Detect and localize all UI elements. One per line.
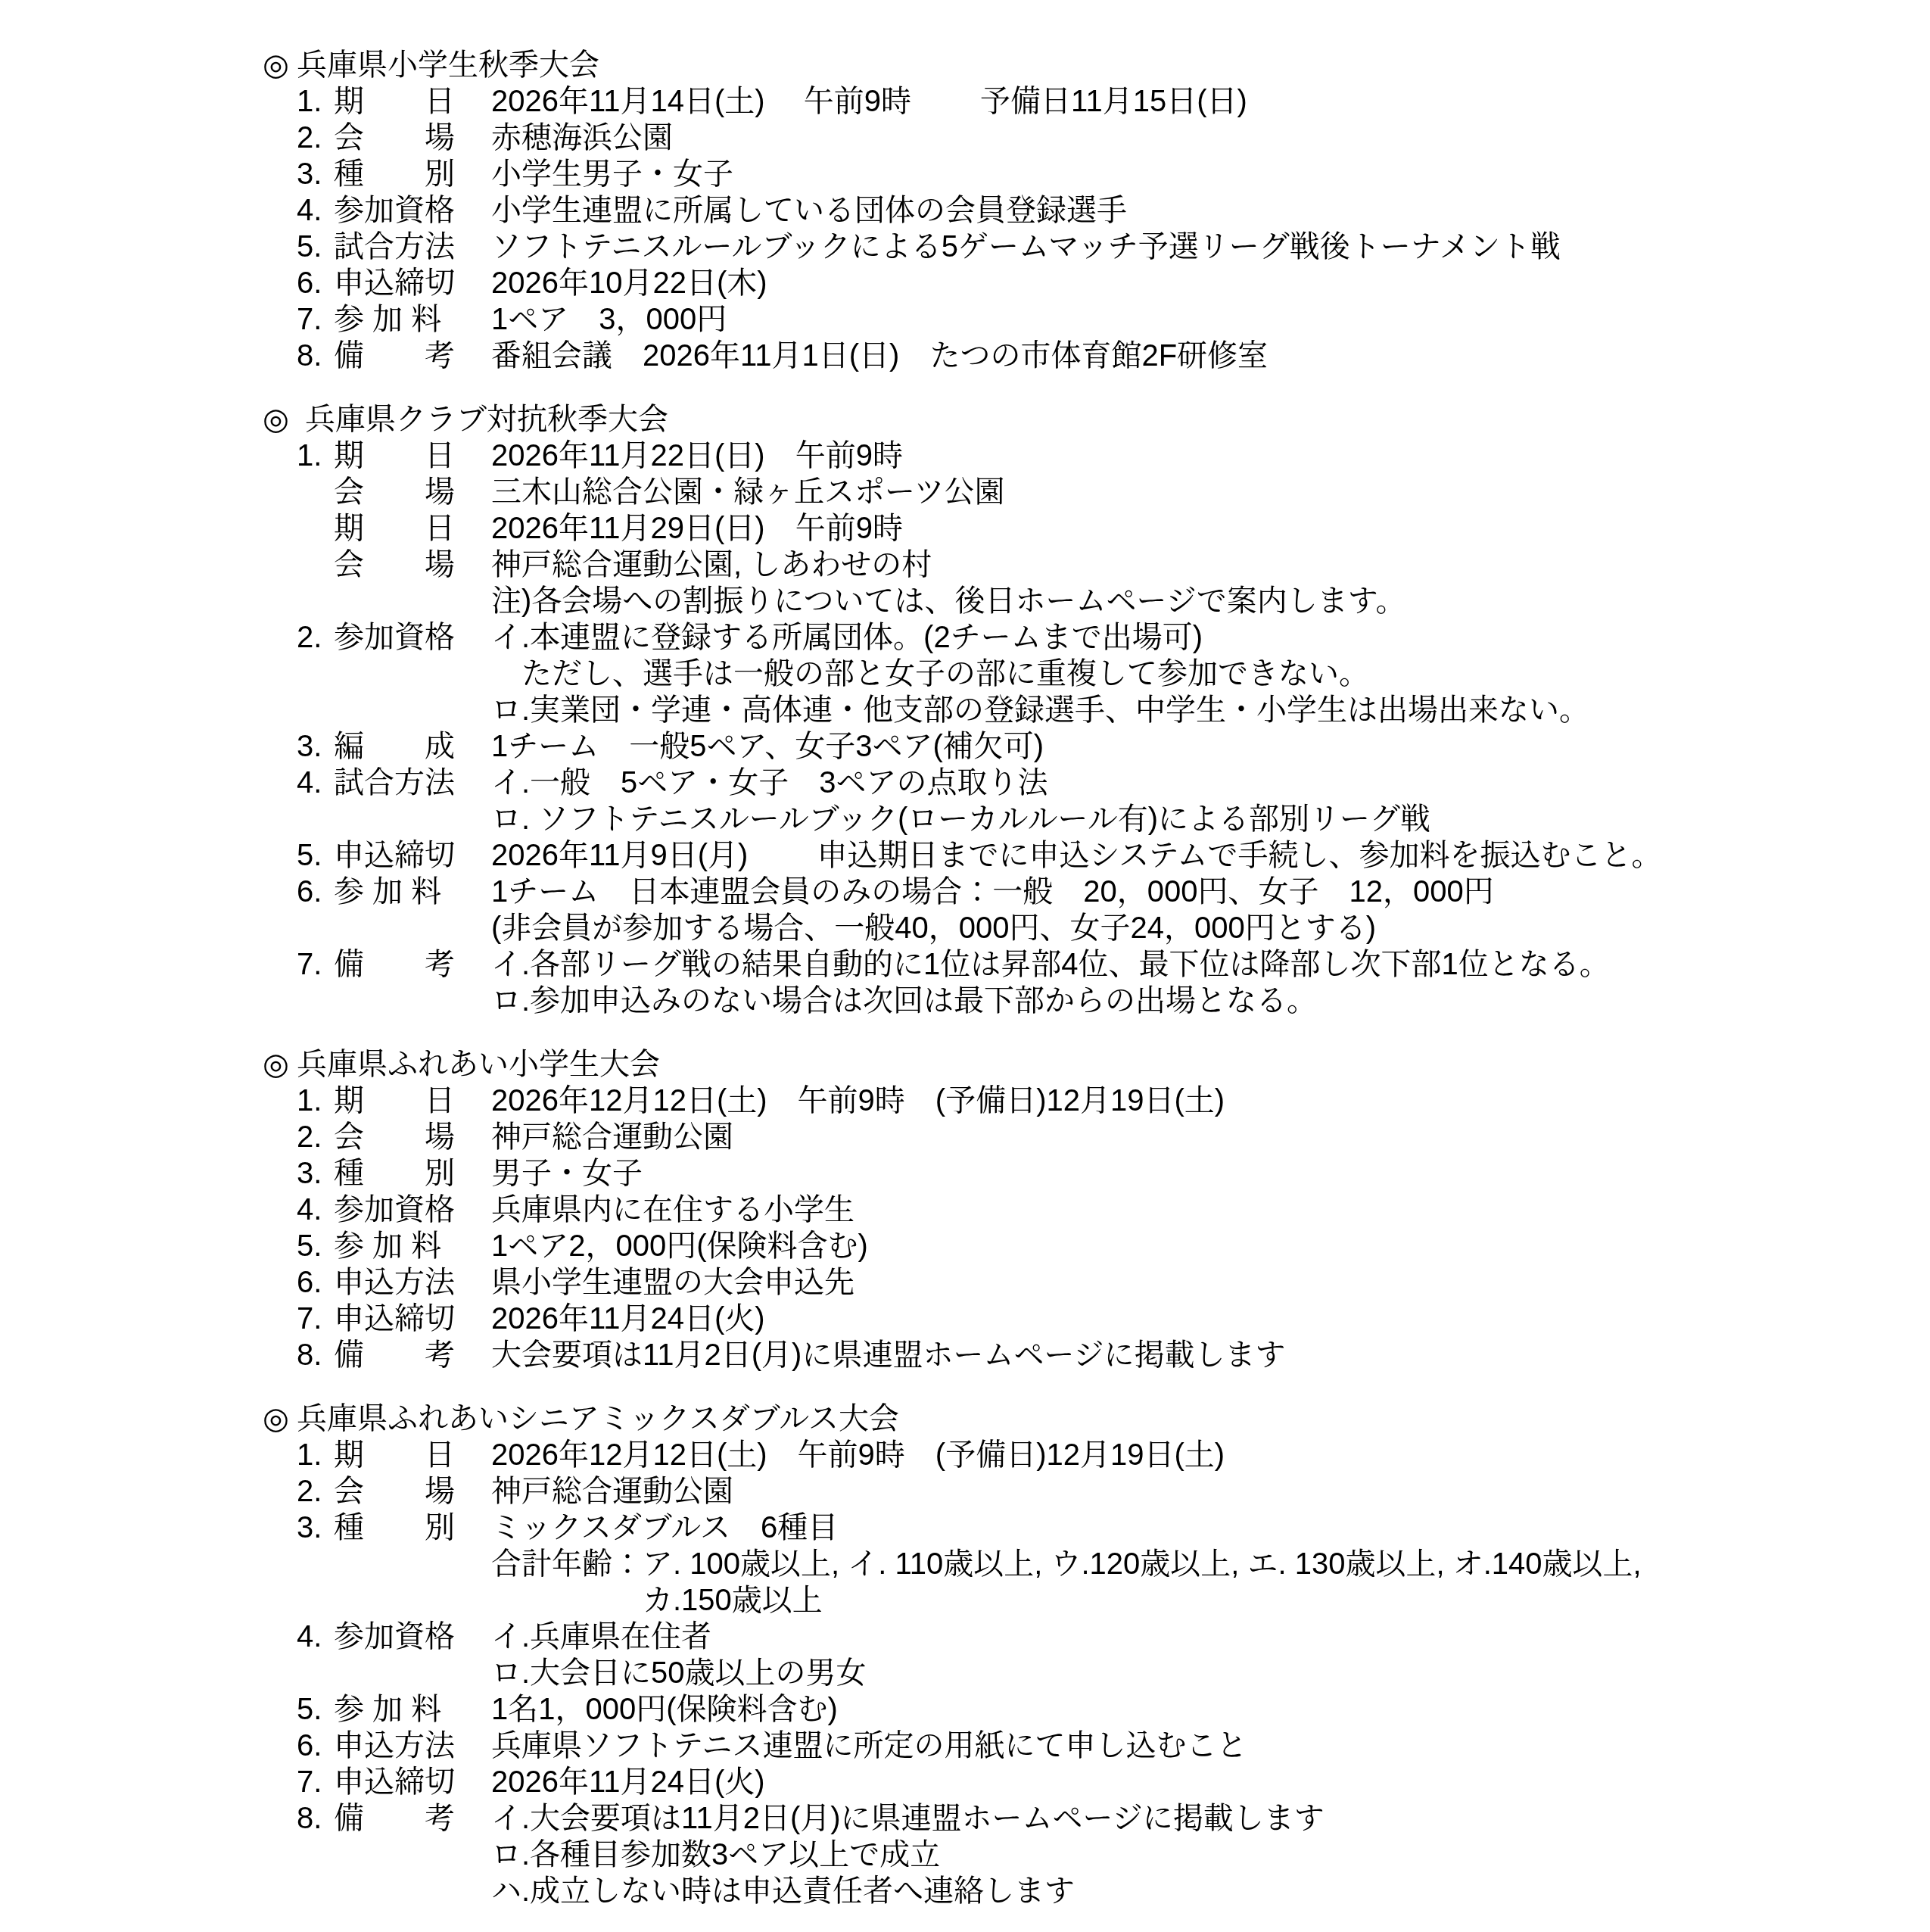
detail-row: 6. 申込締切 2026年10月22日(木) — [263, 265, 1907, 301]
item-number — [297, 474, 334, 510]
item-label: 期 日 — [334, 83, 482, 120]
detail-row: 7. 備 考 イ.各部リーグ戦の結果自動的に1位は昇部4位、最下位は降部し次下部… — [263, 946, 1907, 983]
item-value: (非会員が参加する場合、一般40，000円、女子24，000円とする) — [491, 910, 1376, 946]
item-number: 8. — [297, 338, 334, 374]
item-value: イ.各部リーグ戦の結果自動的に1位は昇部4位、最下位は降部し次下部1位となる。 — [491, 946, 1610, 983]
detail-row: ロ.実業団・学連・高体連・他支部の登録選手、中学生・小学生は出場出来ない。 — [263, 692, 1907, 728]
section-bullet-icon: ◎ — [263, 1046, 297, 1083]
item-number — [297, 910, 334, 946]
item-number: 1. — [297, 1083, 334, 1119]
item-number — [297, 1873, 334, 1909]
detail-row: 3. 種 別 ミックスダブルス 6種目 — [263, 1510, 1907, 1546]
item-number: 4. — [297, 765, 334, 801]
detail-row: ロ.参加申込みのない場合は次回は最下部からの出場となる。 — [263, 983, 1907, 1019]
detail-row: ロ.各種目参加数3ペア以上で成立 — [263, 1837, 1907, 1873]
item-label: 会 場 — [334, 1119, 482, 1155]
section-heading: ◎ 兵庫県ふれあいシニアミックスダブルス大会 — [263, 1401, 1907, 1437]
detail-row: (非会員が参加する場合、一般40，000円、女子24，000円とする) — [263, 910, 1907, 946]
detail-row: 7. 申込締切 2026年11月24日(火) — [263, 1764, 1907, 1800]
detail-row: 2. 参加資格 イ.本連盟に登録する所属団体。(2チームまで出場可) — [263, 619, 1907, 656]
item-number: 3. — [297, 1510, 334, 1546]
item-label: 参 加 料 — [334, 1691, 482, 1728]
detail-row: ロ.大会日に50歳以上の男女 — [263, 1655, 1907, 1691]
item-label: 参 加 料 — [334, 301, 482, 338]
item-number: 5. — [297, 1228, 334, 1264]
item-number: 1. — [297, 1437, 334, 1473]
detail-row: 8. 備 考 番組会議 2026年11月1日(日) たつの市体育館2F研修室 — [263, 338, 1907, 374]
item-number: 7. — [297, 1301, 334, 1337]
section-heading: ◎ 兵庫県小学生秋季大会 — [263, 47, 1907, 83]
item-value: 1チーム 一般5ペア、女子3ペア(補欠可) — [491, 728, 1044, 765]
detail-row: ロ. ソフトテニスルールブック(ローカルルール有)による部別リーグ戦 — [263, 801, 1907, 837]
detail-row: 5. 試合方法 ソフトテニスルールブックによる5ゲームマッチ予選リーグ戦後トーナ… — [263, 229, 1907, 265]
detail-row: 4. 試合方法 イ.一般 5ペア・女子 3ペアの点取り法 — [263, 765, 1907, 801]
item-number: 2. — [297, 1473, 334, 1510]
item-number — [297, 1582, 334, 1619]
section-title: 兵庫県小学生秋季大会 — [297, 47, 599, 83]
item-value: 合計年齢：ア. 100歳以上, イ. 110歳以上, ウ.120歳以上, エ. … — [491, 1546, 1642, 1582]
detail-row: 8. 備 考 大会要項は11月2日(月)に県連盟ホームページに掲載します — [263, 1337, 1907, 1373]
item-value: 兵庫県ソフトテニス連盟に所定の用紙にて申し込むこと — [491, 1728, 1247, 1764]
item-number — [297, 692, 334, 728]
item-label: 会 場 — [334, 474, 482, 510]
item-label — [334, 1582, 482, 1619]
detail-row: 6. 参 加 料 1チーム 日本連盟会員のみの場合：一般 20，000円、女子 … — [263, 874, 1907, 910]
item-value: 兵庫県内に在住する小学生 — [491, 1192, 854, 1228]
detail-row: 期 日 2026年11月29日(日) 午前9時 — [263, 510, 1907, 547]
section-title: 兵庫県クラブ対抗秋季大会 — [297, 401, 668, 438]
item-label: 申込締切 — [334, 837, 482, 874]
item-label: 編 成 — [334, 728, 482, 765]
section-rows: 1. 期 日 2026年12月12日(土) 午前9時 (予備日)12月19日(土… — [263, 1437, 1907, 1909]
item-label: 期 日 — [334, 1437, 482, 1473]
item-number: 6. — [297, 1728, 334, 1764]
item-label — [334, 692, 482, 728]
item-label: 備 考 — [334, 1337, 482, 1373]
item-label: 申込締切 — [334, 1301, 482, 1337]
item-label: 申込締切 — [334, 265, 482, 301]
item-value: 番組会議 2026年11月1日(日) たつの市体育館2F研修室 — [491, 338, 1268, 374]
detail-row: 会 場 三木山総合公園・緑ヶ丘スポーツ公園 — [263, 474, 1907, 510]
item-value: 1ペア 3，000円 — [491, 301, 727, 338]
item-value: 神戸総合運動公園, しあわせの村 — [491, 547, 932, 583]
item-value: ロ.各種目参加数3ペア以上で成立 — [491, 1837, 940, 1873]
detail-row: 4. 参加資格 小学生連盟に所属している団体の会員登録選手 — [263, 192, 1907, 229]
item-number: 7. — [297, 1764, 334, 1800]
item-value: 2026年11月29日(日) 午前9時 — [491, 510, 903, 547]
item-number — [297, 656, 334, 692]
item-label: 備 考 — [334, 946, 482, 983]
item-label: 会 場 — [334, 547, 482, 583]
item-value: 大会要項は11月2日(月)に県連盟ホームページに掲載します — [491, 1337, 1286, 1373]
item-number: 2. — [297, 619, 334, 656]
detail-row: 6. 申込方法 県小学生連盟の大会申込先 — [263, 1264, 1907, 1301]
item-value: 神戸総合運動公園 — [491, 1473, 733, 1510]
tournament-section: ◎ 兵庫県小学生秋季大会 1. 期 日 2026年11月14日(土) 午前9時 … — [263, 47, 1907, 374]
item-value: ミックスダブルス 6種目 — [491, 1510, 838, 1546]
detail-row: 2. 会 場 神戸総合運動公園 — [263, 1119, 1907, 1155]
detail-row: 6. 申込方法 兵庫県ソフトテニス連盟に所定の用紙にて申し込むこと — [263, 1728, 1907, 1764]
item-number — [297, 1655, 334, 1691]
detail-row: 3. 種 別 男子・女子 — [263, 1155, 1907, 1192]
item-label — [334, 1655, 482, 1691]
detail-row: 5. 参 加 料 1名1，000円(保険料含む) — [263, 1691, 1907, 1728]
item-value: ハ.成立しない時は申込責任者へ連絡します — [491, 1873, 1075, 1909]
item-number: 3. — [297, 156, 334, 192]
item-value: 2026年12月12日(土) 午前9時 (予備日)12月19日(土) — [491, 1437, 1225, 1473]
item-number — [297, 1546, 334, 1582]
item-number: 7. — [297, 946, 334, 983]
section-title: 兵庫県ふれあい小学生大会 — [297, 1046, 660, 1083]
item-value: ロ.参加申込みのない場合は次回は最下部からの出場となる。 — [491, 983, 1317, 1019]
detail-row: 7. 申込締切 2026年11月24日(火) — [263, 1301, 1907, 1337]
detail-row: 1. 期 日 2026年11月22日(日) 午前9時 — [263, 438, 1907, 474]
tournament-section: ◎ 兵庫県ふれあいシニアミックスダブルス大会 1. 期 日 2026年12月12… — [263, 1401, 1907, 1909]
item-number: 8. — [297, 1800, 334, 1837]
section-rows: 1. 期 日 2026年11月22日(日) 午前9時 会 場 三木山総合公園・緑… — [263, 438, 1907, 1019]
item-number — [297, 1837, 334, 1873]
section-heading: ◎ 兵庫県ふれあい小学生大会 — [263, 1046, 1907, 1083]
item-label — [334, 583, 482, 619]
item-value: 2026年12月12日(土) 午前9時 (予備日)12月19日(土) — [491, 1083, 1225, 1119]
item-value: カ.150歳以上 — [491, 1582, 823, 1619]
item-label: 種 別 — [334, 1155, 482, 1192]
item-number — [297, 983, 334, 1019]
item-number — [297, 547, 334, 583]
detail-row: 5. 参 加 料 1ペア2，000円(保険料含む) — [263, 1228, 1907, 1264]
item-number: 2. — [297, 120, 334, 156]
item-number: 2. — [297, 1119, 334, 1155]
item-value: 2026年11月24日(火) — [491, 1764, 765, 1800]
detail-row: 1. 期 日 2026年12月12日(土) 午前9時 (予備日)12月19日(土… — [263, 1437, 1907, 1473]
item-label: 申込方法 — [334, 1264, 482, 1301]
section-heading: ◎ 兵庫県クラブ対抗秋季大会 — [263, 401, 1907, 438]
item-label: 参 加 料 — [334, 874, 482, 910]
detail-row: 1. 期 日 2026年11月14日(土) 午前9時 予備日11月15日(日) — [263, 83, 1907, 120]
item-label: 試合方法 — [334, 765, 482, 801]
item-number: 5. — [297, 837, 334, 874]
section-bullet-icon: ◎ — [263, 401, 297, 438]
item-label — [334, 656, 482, 692]
item-number: 5. — [297, 229, 334, 265]
item-label: 申込締切 — [334, 1764, 482, 1800]
tournament-section: ◎ 兵庫県クラブ対抗秋季大会 1. 期 日 2026年11月22日(日) 午前9… — [263, 401, 1907, 1019]
item-value: 1ペア2，000円(保険料含む) — [491, 1228, 868, 1264]
item-label: 会 場 — [334, 120, 482, 156]
item-value: 小学生男子・女子 — [491, 156, 733, 192]
item-value: イ.一般 5ペア・女子 3ペアの点取り法 — [491, 765, 1048, 801]
detail-row: 8. 備 考 イ.大会要項は11月2日(月)に県連盟ホームページに掲載します — [263, 1800, 1907, 1837]
detail-row: 合計年齢：ア. 100歳以上, イ. 110歳以上, ウ.120歳以上, エ. … — [263, 1546, 1907, 1582]
item-number: 5. — [297, 1691, 334, 1728]
item-value: ロ.実業団・学連・高体連・他支部の登録選手、中学生・小学生は出場出来ない。 — [491, 692, 1589, 728]
detail-row: カ.150歳以上 — [263, 1582, 1907, 1619]
section-bullet-icon: ◎ — [263, 47, 297, 83]
item-label: 参加資格 — [334, 1619, 482, 1655]
item-value: イ.大会要項は11月2日(月)に県連盟ホームページに掲載します — [491, 1800, 1325, 1837]
item-number: 4. — [297, 1192, 334, 1228]
item-value: イ.兵庫県在住者 — [491, 1619, 711, 1655]
item-label: 試合方法 — [334, 229, 482, 265]
item-value: 三木山総合公園・緑ヶ丘スポーツ公園 — [491, 474, 1004, 510]
detail-row: 注)各会場への割振りについては、後日ホームページで案内します。 — [263, 583, 1907, 619]
item-value: 神戸総合運動公園 — [491, 1119, 733, 1155]
detail-row: 4. 参加資格 兵庫県内に在住する小学生 — [263, 1192, 1907, 1228]
item-number: 3. — [297, 1155, 334, 1192]
item-number — [297, 583, 334, 619]
item-value: 2026年11月14日(土) 午前9時 予備日11月15日(日) — [491, 83, 1247, 120]
item-value: 1チーム 日本連盟会員のみの場合：一般 20，000円、女子 12，000円 — [491, 874, 1494, 910]
item-label — [334, 1546, 482, 1582]
item-value: 2026年10月22日(木) — [491, 265, 767, 301]
item-value: イ.本連盟に登録する所属団体。(2チームまで出場可) — [491, 619, 1203, 656]
item-value: ロ.大会日に50歳以上の男女 — [491, 1655, 867, 1691]
item-value: 県小学生連盟の大会申込先 — [491, 1264, 854, 1301]
section-bullet-icon: ◎ — [263, 1401, 297, 1437]
item-label: 期 日 — [334, 438, 482, 474]
item-number: 1. — [297, 438, 334, 474]
item-value: 注)各会場への割振りについては、後日ホームページで案内します。 — [491, 583, 1406, 619]
item-label — [334, 1873, 482, 1909]
item-label: 参加資格 — [334, 619, 482, 656]
item-number: 3. — [297, 728, 334, 765]
item-label: 期 日 — [334, 510, 482, 547]
detail-row: 7. 参 加 料 1ペア 3，000円 — [263, 301, 1907, 338]
section-title: 兵庫県ふれあいシニアミックスダブルス大会 — [297, 1401, 899, 1437]
item-label: 参 加 料 — [334, 1228, 482, 1264]
item-value: 2026年11月24日(火) — [491, 1301, 765, 1337]
detail-row: ハ.成立しない時は申込責任者へ連絡します — [263, 1873, 1907, 1909]
item-label — [334, 910, 482, 946]
section-rows: 1. 期 日 2026年11月14日(土) 午前9時 予備日11月15日(日) … — [263, 83, 1907, 374]
detail-row: 2. 会 場 神戸総合運動公園 — [263, 1473, 1907, 1510]
item-value: ただし、選手は一般の部と女子の部に重複して参加できない。 — [491, 656, 1369, 692]
detail-row: 2. 会 場 赤穂海浜公園 — [263, 120, 1907, 156]
item-number: 1. — [297, 83, 334, 120]
item-label: 種 別 — [334, 156, 482, 192]
detail-row: 4. 参加資格 イ.兵庫県在住者 — [263, 1619, 1907, 1655]
item-number: 6. — [297, 1264, 334, 1301]
item-label — [334, 1837, 482, 1873]
item-value: ソフトテニスルールブックによる5ゲームマッチ予選リーグ戦後トーナメント戦 — [491, 229, 1561, 265]
document-page: ◎ 兵庫県小学生秋季大会 1. 期 日 2026年11月14日(土) 午前9時 … — [0, 0, 1930, 1909]
section-rows: 1. 期 日 2026年12月12日(土) 午前9時 (予備日)12月19日(土… — [263, 1083, 1907, 1373]
item-label: 期 日 — [334, 1083, 482, 1119]
item-label: 参加資格 — [334, 1192, 482, 1228]
detail-row: 1. 期 日 2026年12月12日(土) 午前9時 (予備日)12月19日(土… — [263, 1083, 1907, 1119]
detail-row: 会 場 神戸総合運動公園, しあわせの村 — [263, 547, 1907, 583]
item-label: 参加資格 — [334, 192, 482, 229]
item-number — [297, 801, 334, 837]
item-label: 会 場 — [334, 1473, 482, 1510]
item-number: 8. — [297, 1337, 334, 1373]
item-value: 2026年11月9日(月) 申込期日までに申込システムで手続し、参加料を振込むこ… — [491, 837, 1662, 874]
item-number — [297, 510, 334, 547]
item-value: 2026年11月22日(日) 午前9時 — [491, 438, 903, 474]
item-number: 4. — [297, 192, 334, 229]
detail-row: 5. 申込締切 2026年11月9日(月) 申込期日までに申込システムで手続し、… — [263, 837, 1907, 874]
detail-row: ただし、選手は一般の部と女子の部に重複して参加できない。 — [263, 656, 1907, 692]
item-value: 赤穂海浜公園 — [491, 120, 673, 156]
item-label: 申込方法 — [334, 1728, 482, 1764]
item-number: 6. — [297, 265, 334, 301]
item-label — [334, 983, 482, 1019]
item-value: 1名1，000円(保険料含む) — [491, 1691, 838, 1728]
item-number: 4. — [297, 1619, 334, 1655]
item-label: 備 考 — [334, 1800, 482, 1837]
tournament-section: ◎ 兵庫県ふれあい小学生大会 1. 期 日 2026年12月12日(土) 午前9… — [263, 1046, 1907, 1373]
item-number: 6. — [297, 874, 334, 910]
item-label: 種 別 — [334, 1510, 482, 1546]
detail-row: 3. 種 別 小学生男子・女子 — [263, 156, 1907, 192]
item-label: 備 考 — [334, 338, 482, 374]
item-value: ロ. ソフトテニスルールブック(ローカルルール有)による部別リーグ戦 — [491, 801, 1430, 837]
item-value: 小学生連盟に所属している団体の会員登録選手 — [491, 192, 1127, 229]
item-number: 7. — [297, 301, 334, 338]
detail-row: 3. 編 成 1チーム 一般5ペア、女子3ペア(補欠可) — [263, 728, 1907, 765]
item-value: 男子・女子 — [491, 1155, 643, 1192]
item-label — [334, 801, 482, 837]
